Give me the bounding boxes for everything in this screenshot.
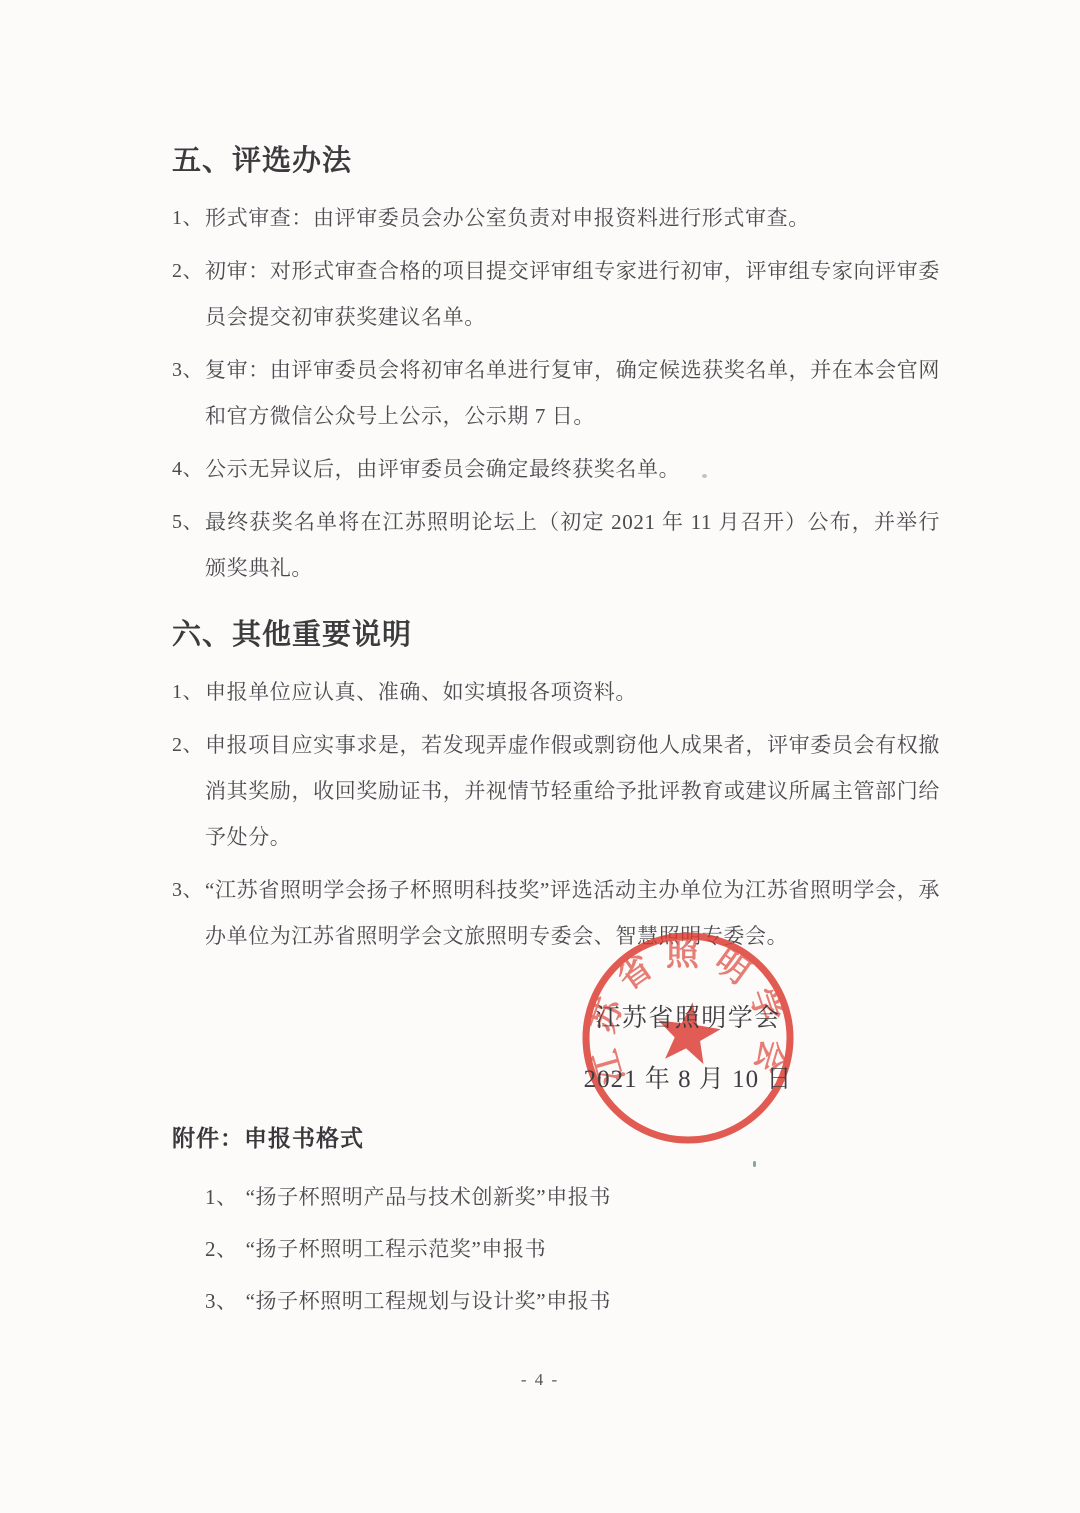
list-item-text: 公示无异议后，由评审委员会确定最终获奖名单。: [205, 457, 680, 481]
list-item-text: 形式审查：由评审委员会办公室负责对申报资料进行形式审查。: [205, 206, 810, 230]
section-selection-method: 五、评选办法 1、 形式审查：由评审委员会办公室负责对申报资料进行形式审查。 2…: [172, 138, 940, 598]
signature-date: 2021 年 8 月 10 日: [552, 1065, 824, 1095]
section-other-notes: 六、其他重要说明 1、 申报单位应认真、准确、如实填报各项资料。 2、 申报项目…: [172, 612, 940, 966]
list-item: 3、 复审：由评审委员会将初审名单进行复审，确定候选获奖名单，并在本会官网和官方…: [172, 347, 940, 439]
attachments-block: 附件：申报书格式 1、 “扬子杯照明产品与技术创新奖”申报书 2、 “扬子杯照明…: [172, 1122, 872, 1330]
list-item: 2、 初审：对形式审查合格的项目提交评审组专家进行初审，评审组专家向评审委员会提…: [172, 248, 940, 340]
page-number: - 4 -: [0, 1370, 1080, 1390]
section-five-title: 五、评选办法: [172, 138, 940, 182]
attachment-item-text: “扬子杯照明产品与技术创新奖”申报书: [246, 1185, 611, 1209]
scan-speck: [702, 474, 707, 478]
signature-block: 江苏省照明学会 2021 年 8 月 10 日: [552, 1004, 824, 1095]
list-item-number: 3、: [172, 347, 203, 393]
attachment-item: 3、 “扬子杯照明工程规划与设计奖”申报书: [172, 1278, 872, 1324]
list-item-number: 3、: [172, 867, 203, 913]
scan-speck: [753, 1161, 756, 1167]
list-item: 3、 “江苏省照明学会扬子杯照明科技奖”评选活动主办单位为江苏省照明学会，承办单…: [172, 867, 940, 959]
list-item-number: 2、: [172, 722, 203, 768]
section-six-list: 1、 申报单位应认真、准确、如实填报各项资料。 2、 申报项目应实事求是，若发现…: [172, 669, 940, 959]
attachment-item-text: “扬子杯照明工程规划与设计奖”申报书: [246, 1289, 611, 1313]
list-item: 1、 形式审查：由评审委员会办公室负责对申报资料进行形式审查。: [172, 195, 940, 241]
attachment-item: 1、 “扬子杯照明产品与技术创新奖”申报书: [172, 1174, 872, 1220]
list-item: 4、 公示无异议后，由评审委员会确定最终获奖名单。: [172, 446, 940, 492]
list-item-text: 申报单位应认真、准确、如实填报各项资料。: [205, 680, 637, 704]
attachment-item-number: 1、: [205, 1185, 238, 1209]
attachment-item-number: 3、: [205, 1289, 238, 1313]
signature-organization: 江苏省照明学会: [552, 1004, 824, 1034]
section-six-title: 六、其他重要说明: [172, 612, 940, 656]
section-five-list: 1、 形式审查：由评审委员会办公室负责对申报资料进行形式审查。 2、 初审：对形…: [172, 195, 940, 591]
list-item-number: 1、: [172, 195, 203, 241]
list-item-text: 初审：对形式审查合格的项目提交评审组专家进行初审，评审组专家向评审委员会提交初审…: [205, 259, 940, 329]
list-item-text: “江苏省照明学会扬子杯照明科技奖”评选活动主办单位为江苏省照明学会，承办单位为江…: [205, 878, 940, 948]
document-page: 五、评选办法 1、 形式审查：由评审委员会办公室负责对申报资料进行形式审查。 2…: [0, 0, 1080, 1513]
list-item-text: 申报项目应实事求是，若发现弄虚作假或剽窃他人成果者，评审委员会有权撤消其奖励，收…: [205, 733, 940, 849]
list-item-number: 1、: [172, 669, 203, 715]
list-item-number: 5、: [172, 499, 203, 545]
attachment-item: 2、 “扬子杯照明工程示范奖”申报书: [172, 1226, 872, 1272]
list-item-number: 4、: [172, 446, 203, 492]
list-item-text: 最终获奖名单将在江苏照明论坛上（初定 2021 年 11 月召开）公布，并举行颁…: [205, 510, 940, 580]
list-item-text: 复审：由评审委员会将初审名单进行复审，确定候选获奖名单，并在本会官网和官方微信公…: [205, 358, 940, 428]
attachment-item-text: “扬子杯照明工程示范奖”申报书: [246, 1237, 547, 1261]
list-item: 1、 申报单位应认真、准确、如实填报各项资料。: [172, 669, 940, 715]
list-item: 2、 申报项目应实事求是，若发现弄虚作假或剽窃他人成果者，评审委员会有权撤消其奖…: [172, 722, 940, 860]
list-item: 5、 最终获奖名单将在江苏照明论坛上（初定 2021 年 11 月召开）公布，并…: [172, 499, 940, 591]
attachment-item-number: 2、: [205, 1237, 238, 1261]
list-item-number: 2、: [172, 248, 203, 294]
